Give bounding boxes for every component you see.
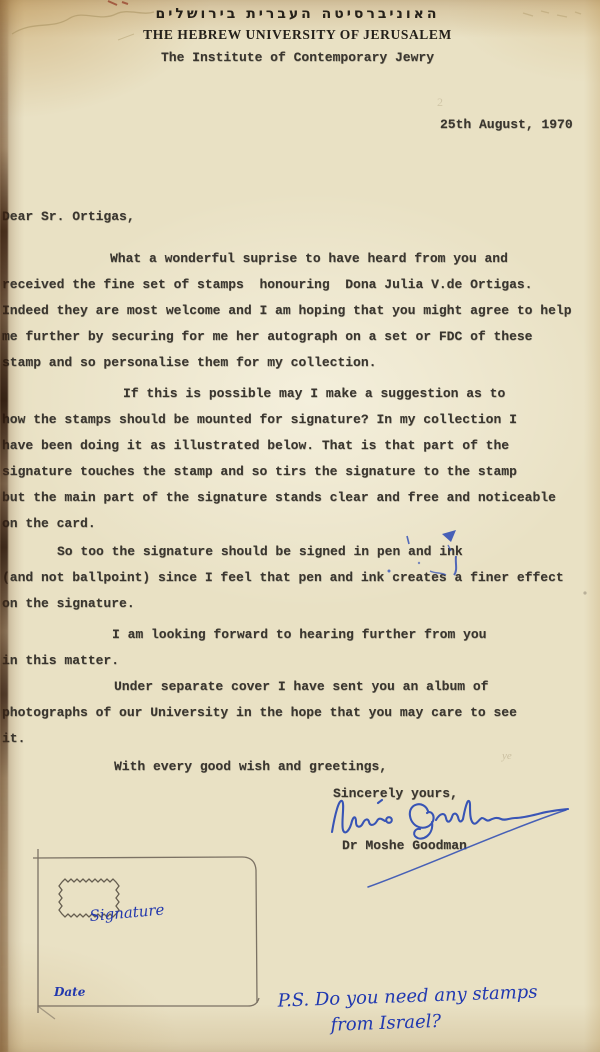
paragraph-5: Under separate cover I have sent you an … <box>2 674 598 752</box>
letterhead: האוניברסיטה העברית בירושלים THE HEBREW U… <box>0 6 595 65</box>
body-line: stamp and so personalise them for my col… <box>2 350 598 376</box>
paragraph-3: So too the signature should be signed in… <box>2 539 598 617</box>
body-line: Under separate cover I have sent you an … <box>2 674 598 700</box>
body-line: I am looking forward to hearing further … <box>2 622 598 648</box>
body-line: but the main part of the signature stand… <box>2 485 598 511</box>
salutation: Dear Sr. Ortigas, <box>2 204 598 230</box>
letter-body: Dear Sr. Ortigas, What a wonderful supri… <box>2 204 598 780</box>
paragraph-4: I am looking forward to hearing further … <box>2 622 598 674</box>
body-line: What a wonderful suprise to have heard f… <box>2 246 598 272</box>
body-line: (and not ballpoint) since I feel that pe… <box>2 565 598 591</box>
body-line: on the card. <box>2 511 598 537</box>
body-line: Indeed they are most welcome and I am ho… <box>2 298 598 324</box>
university-name-english: THE HEBREW UNIVERSITY OF JERUSALEM <box>0 27 595 43</box>
body-line: how the stamps should be mounted for sig… <box>2 407 598 433</box>
paragraph-1: What a wonderful suprise to have heard f… <box>2 246 598 376</box>
date-line: 25th August, 1970 <box>440 117 573 132</box>
faint-pencil-mark: ye <box>502 750 512 762</box>
body-line: signature touches the stamp and so tirs … <box>2 459 598 485</box>
institute-name: The Institute of Contemporary Jewry <box>0 50 595 65</box>
postscript: P.S. Do you need any stamps from Israel? <box>277 977 599 1040</box>
card-sketch: Signature Date <box>26 843 276 1023</box>
body-line: me further by securing for me her autogr… <box>2 324 598 350</box>
stamp-outline-icon <box>59 879 119 917</box>
card-date-label: Date <box>53 985 86 999</box>
body-line: have been doing it as illustrated below.… <box>2 433 598 459</box>
faint-pencil-mark: 2 <box>437 95 443 110</box>
body-line: it. <box>2 726 598 752</box>
university-name-hebrew: האוניברסיטה העברית בירושלים <box>0 6 595 22</box>
card-signature-label: Signature <box>89 901 165 925</box>
scan-edge-shadow <box>0 0 8 1052</box>
paragraph-2: If this is possible may I make a suggest… <box>2 381 598 537</box>
card-outline <box>33 849 259 1019</box>
body-line: If this is possible may I make a suggest… <box>2 381 598 407</box>
letter-scan-page: האוניברסיטה העברית בירושלים THE HEBREW U… <box>0 0 600 1052</box>
body-line: photographs of our University in the hop… <box>2 700 598 726</box>
body-line: So too the signature should be signed in… <box>2 539 598 565</box>
signoff: Sincerely yours, <box>333 786 458 801</box>
body-line: in this matter. <box>2 648 598 674</box>
body-line: on the signature. <box>2 591 598 617</box>
typed-signature-name: Dr Moshe Goodman <box>342 838 467 853</box>
body-line: received the fine set of stamps honourin… <box>2 272 598 298</box>
